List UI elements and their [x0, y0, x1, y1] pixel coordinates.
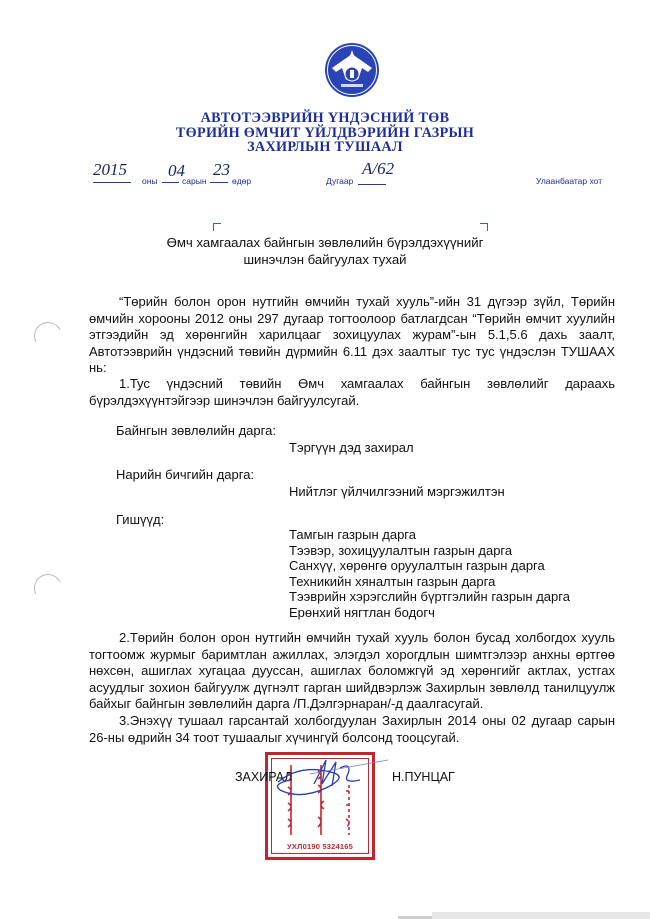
day-underline: [210, 182, 228, 183]
order-type-label: ЗАХИРЛЫН ТУШААЛ: [160, 140, 490, 155]
organization-emblem-icon: [324, 42, 380, 98]
preamble-text: “Төрийн болон орон нутгийн өмчийн тухай …: [89, 294, 615, 375]
month-underline: [162, 182, 179, 183]
stamp-code: УХЛ0190 5324165: [268, 842, 372, 851]
secretary-label: Нарийн бичгийн дарга:: [116, 467, 254, 482]
month-suffix: сарын: [182, 176, 207, 186]
order-item-1-text: 1.Тус үндэсний төвийн Өмч хамгаалах байн…: [89, 376, 615, 408]
day-handwritten: 23: [213, 160, 230, 180]
scan-edge: [432, 912, 650, 919]
member-item: Санхүү, хөрөнгө оруулалтын газрын дарга: [289, 558, 570, 574]
number-handwritten: А/62: [362, 159, 394, 179]
order-item-2-text: 2.Төрийн болон орон нутгийн өмчийн тухай…: [89, 630, 615, 711]
chair-value: Тэргүүн дэд захирал: [289, 440, 414, 455]
city-label: Улаанбаатар хот: [536, 176, 602, 186]
order-item-2: 2.Төрийн болон орон нутгийн өмчийн тухай…: [89, 630, 615, 713]
day-suffix: өдөр: [232, 176, 251, 186]
org-name-line1: АВТОТЭЭВРИЙН ҮНДЭСНИЙ ТӨВ: [160, 111, 490, 126]
order-item-3: 3.Энэхүү тушаал гарсантай холбогдуулан З…: [89, 713, 615, 746]
title-line2: шинэчлэн байгуулах тухай: [120, 251, 530, 268]
document-title: Өмч хамгаалах байнгын зөвлөлийн бүрэлдэх…: [120, 234, 530, 268]
org-name-line2: ТӨРИЙН ӨМЧИТ ҮЙЛДВЭРИЙН ГАЗРЫН: [160, 126, 490, 141]
title-line1: Өмч хамгаалах байнгын зөвлөлийн бүрэлдэх…: [120, 234, 530, 251]
member-item: Техникийн хяналтын газрын дарга: [289, 574, 570, 590]
order-item-3-text: 3.Энэхүү тушаал гарсантай холбогдуулан З…: [89, 713, 615, 745]
chair-label: Байнгын зөвлөлийн дарга:: [116, 423, 276, 438]
members-label: Гишүүд:: [116, 512, 164, 527]
title-corner-mark: [480, 223, 488, 231]
year-underline: [93, 182, 131, 183]
title-corner-mark: [213, 223, 221, 231]
member-item: Ерөнхий нягтлан бодогч: [289, 605, 570, 621]
order-item-1: 1.Тус үндэсний төвийн Өмч хамгаалах байн…: [89, 376, 615, 409]
secretary-value: Нийтлэг үйлчилгээний мэргэжилтэн: [289, 484, 505, 499]
number-label: Дугаар: [326, 176, 353, 186]
member-item: Тамгын газрын дарга: [289, 527, 570, 543]
document-page: АВТОТЭЭВРИЙН ҮНДЭСНИЙ ТӨВ ТӨРИЙН ӨМЧИТ Ү…: [0, 0, 650, 919]
punch-hole-mark: [30, 570, 66, 606]
year-suffix: оны: [142, 176, 158, 186]
member-item: Тээвэр, зохицуулалтын газрын дарга: [289, 543, 570, 559]
year-handwritten: 2015: [93, 160, 127, 180]
preamble-paragraph: “Төрийн болон орон нутгийн өмчийн тухай …: [89, 294, 615, 377]
handwritten-signature-icon: [270, 754, 390, 799]
members-list: Тамгын газрын дарга Тээвэр, зохицуулалты…: [289, 527, 570, 620]
punch-hole-mark: [30, 318, 66, 354]
number-underline: [358, 184, 386, 185]
organization-header: АВТОТЭЭВРИЙН ҮНДЭСНИЙ ТӨВ ТӨРИЙН ӨМЧИТ Ү…: [160, 111, 490, 155]
signatory-name: Н.ПУНЦАГ: [392, 770, 455, 784]
member-item: Тээврийн хэрэгслийн бүртгэлийн газрын да…: [289, 589, 570, 605]
